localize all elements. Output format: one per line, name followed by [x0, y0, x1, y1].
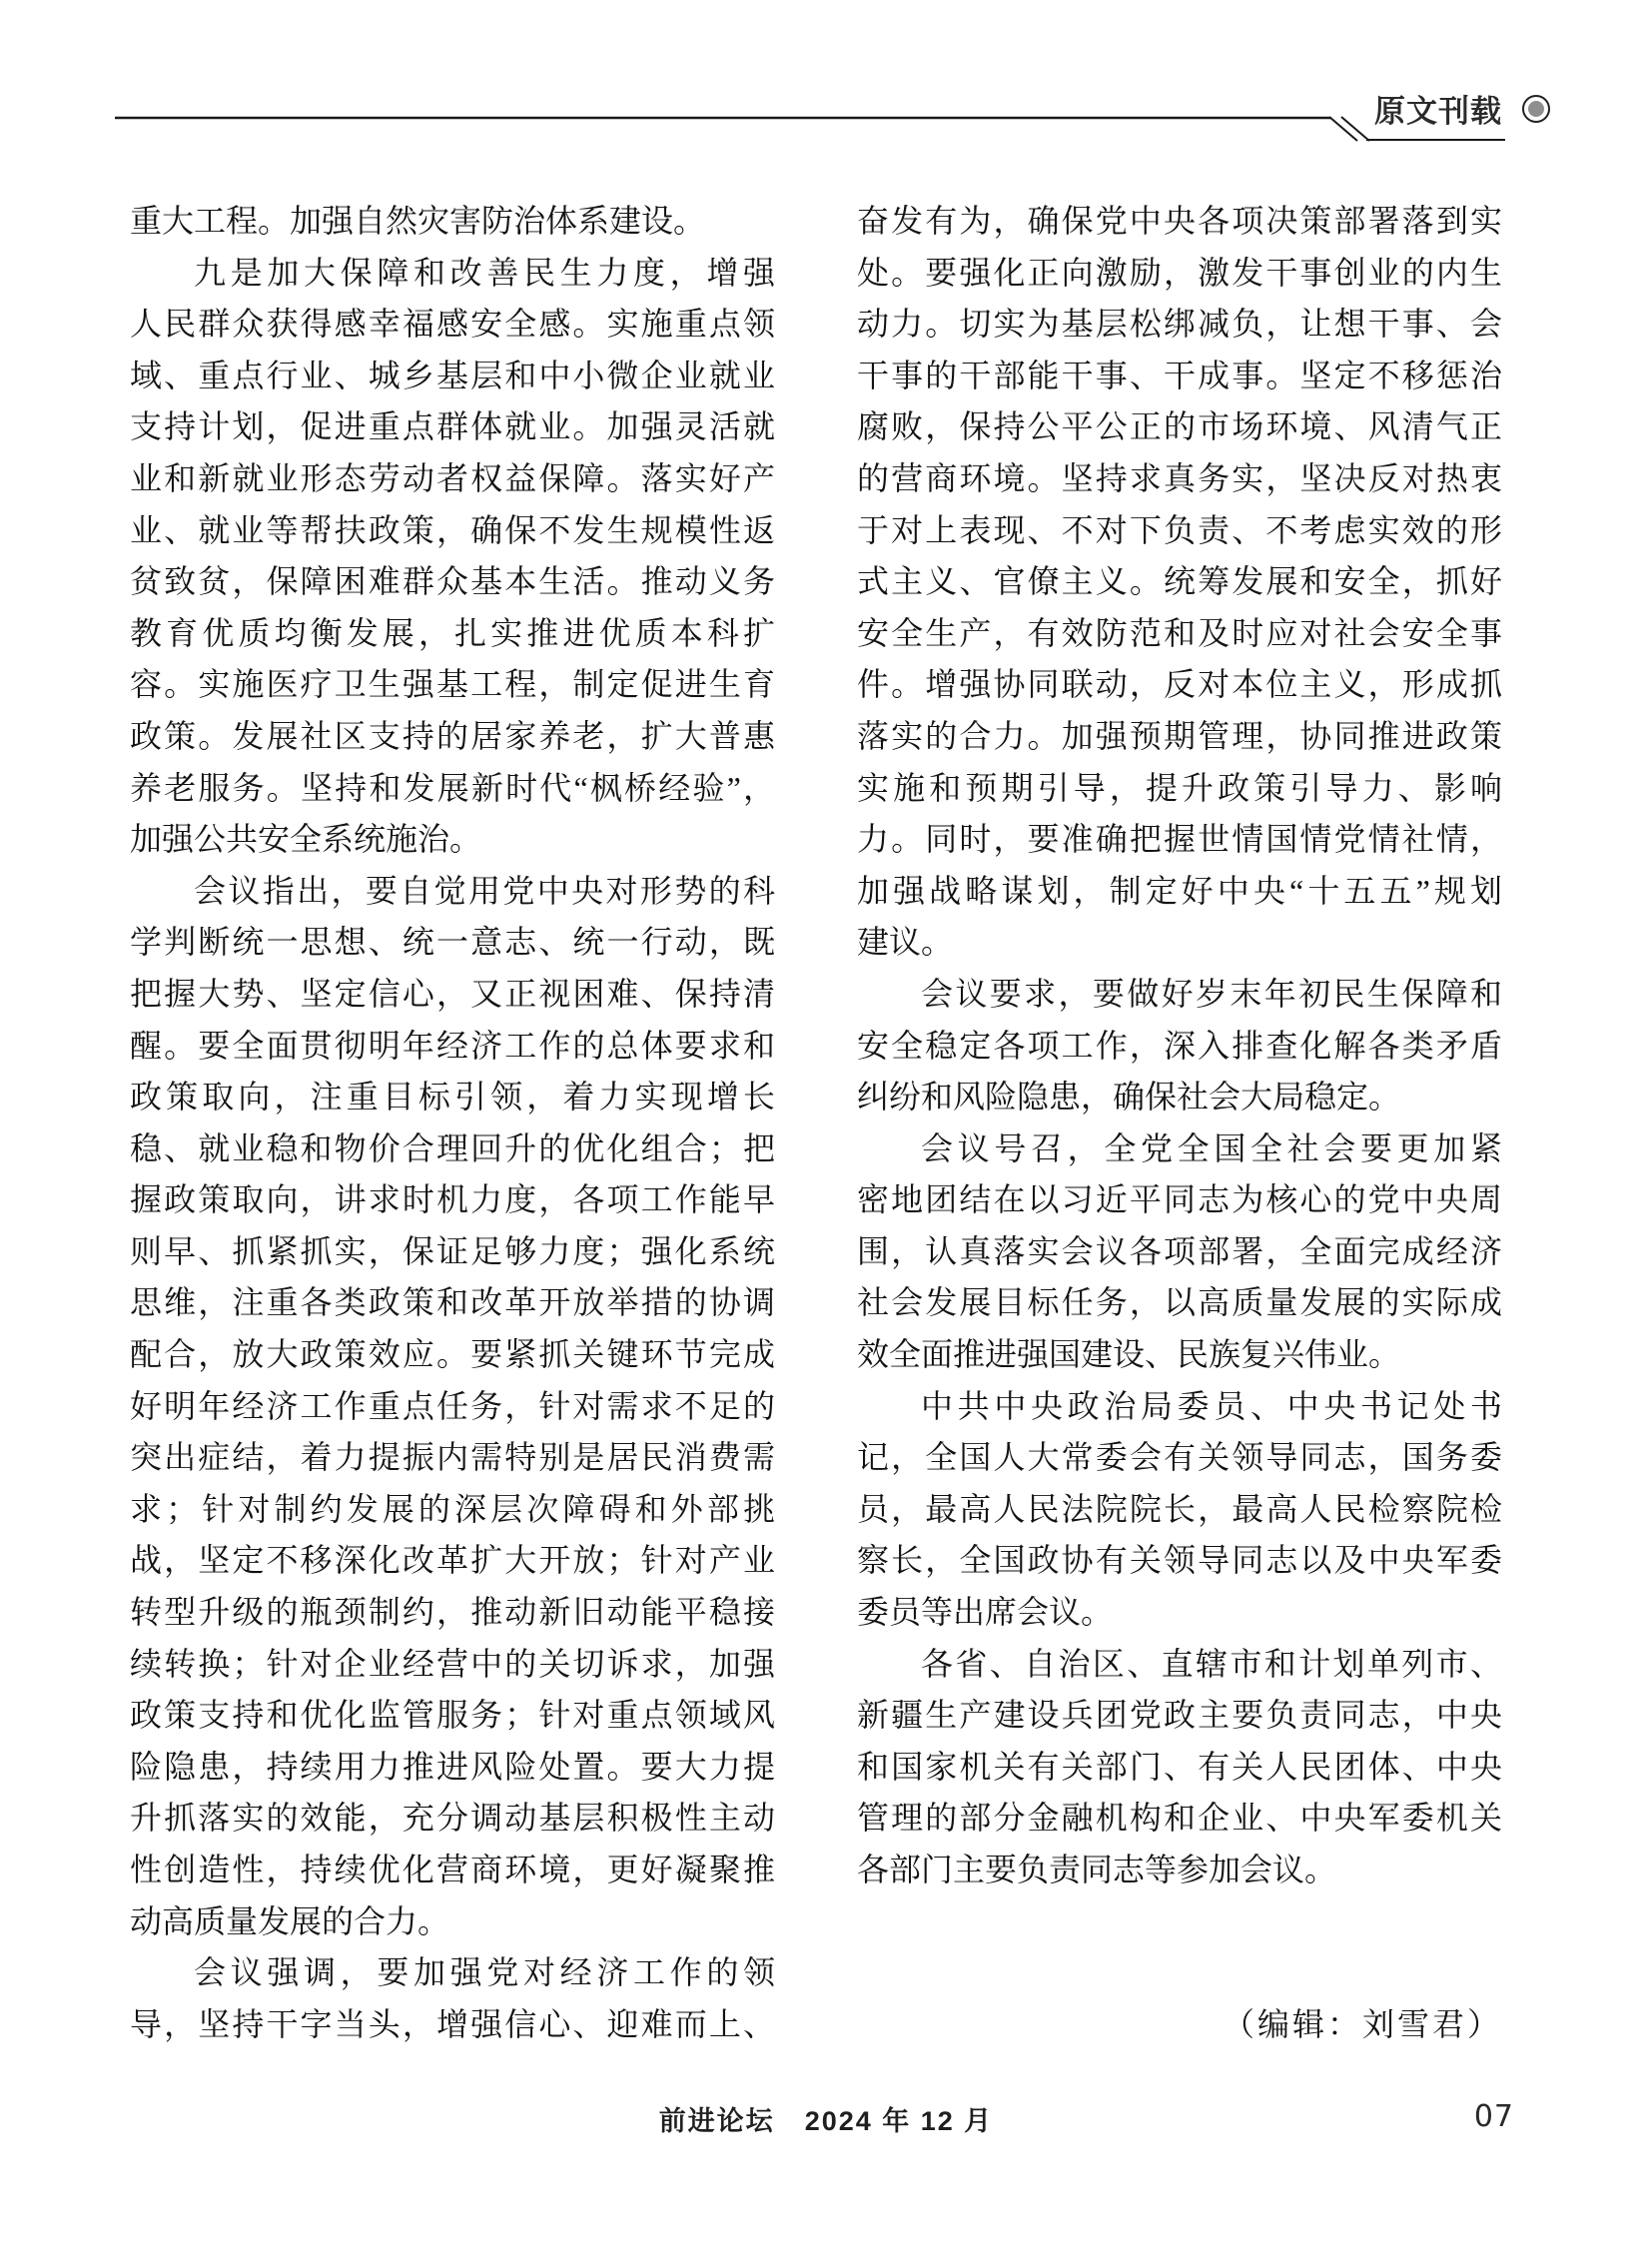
text-line: 战，坚定不移深化改革扩大开放；针对产业 — [130, 1535, 775, 1587]
text-line: 效全面推进强国建设、民族复兴伟业。 — [857, 1329, 1502, 1381]
bullet-circle-icon — [1522, 95, 1550, 123]
right-column: 奋发有为，确保党中央各项决策部署落到实处。要强化正向激励，激发干事创业的内生动力… — [857, 196, 1502, 2050]
text-line: 的营商环境。坚持求真务实，坚决反对热衷 — [857, 453, 1502, 505]
text-line: 会议强调，要加强党对经济工作的领 — [130, 1947, 775, 1999]
text-line: 九是加大保障和改善民生力度，增强 — [130, 248, 775, 300]
text-line: 纠纷和风险隐患，确保社会大局稳定。 — [857, 1072, 1502, 1123]
text-line: 学判断统一思想、统一意志、统一行动，既 — [130, 917, 775, 969]
text-line: 政策。发展社区支持的居家养老，扩大普惠 — [130, 711, 775, 763]
text-line: 新疆生产建设兵团党政主要负责同志，中央 — [857, 1690, 1502, 1742]
text-line: 支持计划，促进重点群体就业。加强灵活就 — [130, 401, 775, 453]
text-line: 握政策取向，讲求时机力度，各项工作能早 — [130, 1174, 775, 1226]
text-line: 密地团结在以习近平同志为核心的党中央周 — [857, 1174, 1502, 1226]
text-line: 记，全国人大常委会有关领导同志，国务委 — [857, 1432, 1502, 1484]
text-line: 域、重点行业、城乡基层和中小微企业就业 — [130, 351, 775, 402]
text-line: 把握大势、坚定信心，又正视困难、保持清 — [130, 969, 775, 1021]
text-line: 各部门主要负责同志等参加会议。 — [857, 1845, 1502, 1896]
text-line: 和国家机关有关部门、有关人民团体、中央 — [857, 1742, 1502, 1794]
text-line: 思维，注重各类政策和改革开放举措的协调 — [130, 1277, 775, 1329]
text-line: 政策取向，注重目标引领，着力实现增长 — [130, 1072, 775, 1123]
text-line: 养老服务。坚持和发展新时代“枫桥经验”， — [130, 763, 775, 815]
text-line: 升抓落实的效能，充分调动基层积极性主动 — [130, 1793, 775, 1845]
text-line: 于对上表现、不对下负责、不考虑实效的形 — [857, 505, 1502, 557]
text-line: 安全生产，有效防范和及时应对社会安全事 — [857, 608, 1502, 660]
text-line: 式主义、官僚主义。统筹发展和安全，抓好 — [857, 556, 1502, 608]
text-line: 察长，全国政协有关领导同志以及中央军委 — [857, 1535, 1502, 1587]
text-line: 处。要强化正向激励，激发干事创业的内生 — [857, 248, 1502, 300]
text-line: 重大工程。加强自然灾害防治体系建设。 — [130, 196, 775, 248]
text-line: 业和新就业形态劳动者权益保障。落实好产 — [130, 453, 775, 505]
issue-date: 2024 年 12 月 — [805, 2106, 994, 2136]
page-number: 07 — [1474, 2099, 1514, 2134]
section-label: 原文刊载 — [1374, 86, 1502, 131]
text-line: 醒。要全面贯彻明年经济工作的总体要求和 — [130, 1021, 775, 1073]
text-line: 围，认真落实会议各项部署，全面完成经济 — [857, 1226, 1502, 1278]
magazine-page: 原文刊载 重大工程。加强自然灾害防治体系建设。九是加大保障和改善民生力度，增强人… — [0, 0, 1652, 2242]
text-line: 政策支持和优化监管服务；针对重点领域风 — [130, 1690, 775, 1742]
text-line: 贫致贫，保障困难群众基本生活。推动义务 — [130, 556, 775, 608]
text-line: 转型升级的瓶颈制约，推动新旧动能平稳接 — [130, 1587, 775, 1639]
text-line: 教育优质均衡发展，扎实推进优质本科扩 — [130, 608, 775, 660]
text-line: 管理的部分金融机构和企业、中央军委机关 — [857, 1793, 1502, 1845]
text-line: 建议。 — [857, 917, 1502, 969]
text-line: 奋发有为，确保党中央各项决策部署落到实 — [857, 196, 1502, 248]
text-line: 加强战略谋划，制定好中央“十五五”规划 — [857, 866, 1502, 918]
text-line: 实施和预期引导，提升政策引导力、影响 — [857, 763, 1502, 815]
text-line: 险隐患，持续用力推进风险处置。要大力提 — [130, 1742, 775, 1794]
text-line: 配合，放大政策效应。要紧抓关键环节完成 — [130, 1329, 775, 1381]
text-line: 稳、就业稳和物价合理回升的优化组合；把 — [130, 1123, 775, 1175]
text-line: 业、就业等帮扶政策，确保不发生规模性返 — [130, 505, 775, 557]
text-line: 落实的合力。加强预期管理，协同推进政策 — [857, 711, 1502, 763]
text-line: 动力。切实为基层松绑减负，让想干事、会 — [857, 299, 1502, 351]
bullet-circle-inner — [1528, 101, 1544, 117]
text-line: 突出症结，着力提振内需特别是居民消费需 — [130, 1432, 775, 1484]
text-line: （编辑：刘雪君） — [857, 1999, 1502, 2051]
text-line: 好明年经济工作重点任务，针对需求不足的 — [130, 1381, 775, 1433]
text-line: 社会发展目标任务，以高质量发展的实际成 — [857, 1277, 1502, 1329]
text-line: 会议要求，要做好岁末年初民生保障和 — [857, 969, 1502, 1021]
text-line: 员，最高人民法院院长，最高人民检察院检 — [857, 1484, 1502, 1536]
text-line: 各省、自治区、直辖市和计划单列市、 — [857, 1639, 1502, 1691]
text-line: 容。实施医疗卫生强基工程，制定促进生育 — [130, 659, 775, 711]
text-line: 干事的干部能干事、干成事。坚定不移惩治 — [857, 351, 1502, 402]
text-line: 则早、抓紧抓实，保证足够力度；强化系统 — [130, 1226, 775, 1278]
text-line: 续转换；针对企业经营中的关切诉求，加强 — [130, 1639, 775, 1691]
text-line: 动高质量发展的合力。 — [130, 1896, 775, 1948]
journal-title: 前进论坛 — [659, 2106, 775, 2136]
text-line: 腐败，保持公平公正的市场环境、风清气正 — [857, 401, 1502, 453]
text-line: 性创造性，持续优化营商环境，更好凝聚推 — [130, 1845, 775, 1896]
text-line: 委员等出席会议。 — [857, 1587, 1502, 1639]
left-column: 重大工程。加强自然灾害防治体系建设。九是加大保障和改善民生力度，增强人民群众获得… — [130, 196, 775, 2050]
text-line: 安全稳定各项工作，深入排查化解各类矛盾 — [857, 1021, 1502, 1073]
text-line: 件。增强协同联动，反对本位主义，形成抓 — [857, 659, 1502, 711]
text-line: 会议号召，全党全国全社会要更加紧 — [857, 1123, 1502, 1175]
text-line: 会议指出，要自觉用党中央对形势的科 — [130, 866, 775, 918]
text-line: 中共中央政治局委员、中央书记处书 — [857, 1381, 1502, 1433]
footer: 前进论坛2024 年 12 月 — [0, 2099, 1652, 2138]
text-line: 力。同时，要准确把握世情国情党情社情， — [857, 814, 1502, 866]
text-line: 求；针对制约发展的深层次障碍和外部挑 — [130, 1484, 775, 1536]
text-line: 导，坚持干字当头，增强信心、迎难而上、 — [130, 1999, 775, 2051]
text-line: 加强公共安全系统施治。 — [130, 814, 775, 866]
text-line: 人民群众获得感幸福感安全感。实施重点领 — [130, 299, 775, 351]
